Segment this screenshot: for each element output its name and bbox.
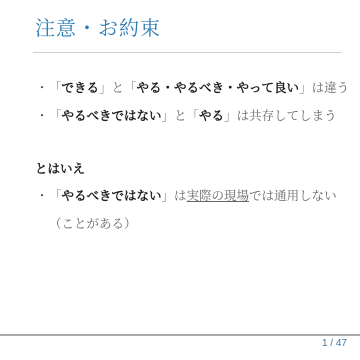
text-segment-bold: やるべきではない — [62, 189, 162, 203]
text-segment: 」は違う — [299, 81, 349, 95]
footer-divider — [0, 334, 360, 336]
bullet-marker: ・ — [35, 108, 49, 125]
bullet-text: 「やるべきではない」は実際の現場では通用しない — [49, 188, 352, 205]
text-segment: 「 — [49, 109, 62, 123]
slide-title: 注意・お約束 — [35, 12, 161, 41]
text-segment: 「 — [49, 189, 62, 203]
title-divider — [33, 52, 342, 53]
bullet-marker: ・ — [35, 80, 49, 97]
text-segment-bold: やる・やるべき・やって良い — [137, 81, 300, 95]
slide-body: ・ 「できる」と「やる・やるべき・やって良い」は違う ・ 「やるべきではない」と… — [35, 80, 352, 244]
bullet-item: ・ 「やるべきではない」は実際の現場では通用しない — [35, 188, 352, 205]
section-heading: とはいえ — [35, 161, 352, 178]
page-number: 1 / 47 — [322, 338, 347, 349]
presentation-slide: 注意・お約束 ・ 「できる」と「やる・やるべき・やって良い」は違う ・ 「やるべ… — [0, 0, 360, 360]
continuation-text: （ことがある） — [35, 216, 352, 233]
text-segment: 」は — [162, 189, 187, 203]
text-segment-bold: やる — [199, 109, 224, 123]
underlined-text: 実際の現場 — [187, 189, 250, 203]
text-segment-bold: やるべきではない — [62, 109, 162, 123]
bullet-item: ・ 「できる」と「やる・やるべき・やって良い」は違う — [35, 80, 352, 97]
text-segment: 」は共存してしまう — [224, 109, 337, 123]
text-segment: 」と「 — [162, 109, 200, 123]
bullet-text: 「やるべきではない」と「やる」は共存してしまう — [49, 108, 352, 125]
text-segment: 「 — [49, 81, 62, 95]
text-segment-bold: できる — [62, 81, 100, 95]
bullet-text: 「できる」と「やる・やるべき・やって良い」は違う — [49, 80, 352, 97]
text-segment: 」と「 — [99, 81, 137, 95]
bullet-item: ・ 「やるべきではない」と「やる」は共存してしまう — [35, 108, 352, 125]
bullet-marker: ・ — [35, 188, 49, 205]
text-segment: では通用しない — [249, 189, 337, 203]
